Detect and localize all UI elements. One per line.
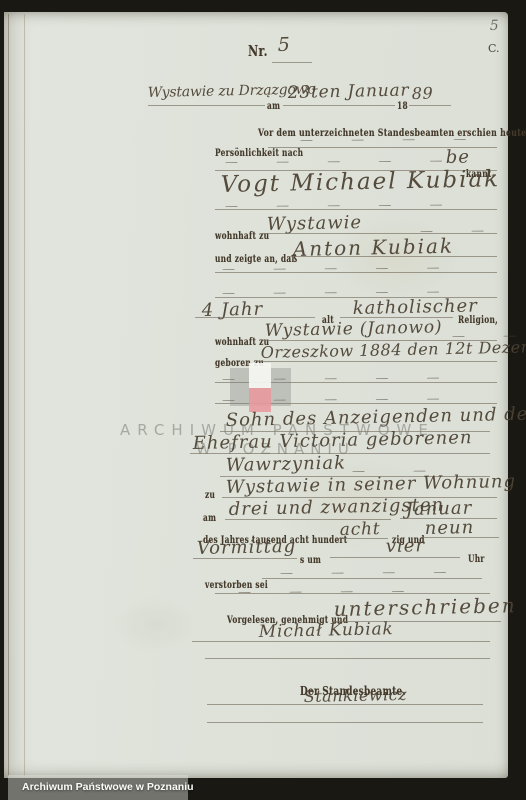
archive-credit-bar: Archiwum Państwowe w Poznaniu <box>8 775 188 800</box>
form-rule-line <box>215 272 497 273</box>
am2-label: am <box>203 513 216 524</box>
form-rule-line <box>336 538 388 539</box>
form-rule-line <box>330 557 460 558</box>
archive-credit-text: Archiwum Państwowe w Poznaniu <box>22 781 194 793</box>
year-decade: acht <box>340 519 381 540</box>
religion-label: Religion, <box>458 315 498 326</box>
form-rule-line <box>192 641 490 642</box>
closing-handwritten: unterschrieben <box>333 593 516 621</box>
declarant-residence: Wystawie <box>267 212 363 235</box>
archive-flag-white <box>249 363 271 388</box>
page-edge-line <box>24 14 25 776</box>
deceased-residence: Wystawie (Janowo) <box>265 317 443 341</box>
page-edge-line <box>8 14 9 776</box>
blank-stroke-row: — — — — <box>300 134 467 145</box>
form-rule-line <box>287 256 497 257</box>
registrar-signature: Stankiewicz <box>304 685 408 706</box>
form-rule-line <box>409 105 451 106</box>
form-rule-line <box>148 105 265 106</box>
record-number-label: Nr. <box>248 42 268 60</box>
s-um-label: s um <box>300 555 321 566</box>
blank-stroke-row: — — — — — <box>225 156 443 167</box>
death-hour: vier <box>386 535 426 557</box>
form-rule-line <box>258 361 497 362</box>
form-rule-line <box>283 105 395 106</box>
death-daytime: Vormittag <box>197 536 297 559</box>
corner-letter: C. <box>488 42 500 55</box>
zu-label: zu <box>205 490 215 501</box>
form-rule-line <box>272 62 312 63</box>
dateline-century: 18 <box>397 101 408 112</box>
form-rule-line <box>207 704 483 705</box>
dateline-am-label: am <box>267 101 280 112</box>
record-number-value: 5 <box>278 34 291 56</box>
corner-page-number: 5 <box>490 18 499 34</box>
form-rule-line <box>215 209 497 210</box>
dateline-date: 23ten Januar <box>288 80 410 103</box>
blank-stroke-row: — — — — <box>280 567 447 578</box>
bekannt-handwritten: be <box>446 146 471 168</box>
uhr-label: Uhr <box>468 554 485 565</box>
form-rule-line <box>195 317 315 318</box>
form-rule-line <box>205 658 490 659</box>
declarant-signature: Michał Kubiak <box>259 619 394 642</box>
form-rule-line <box>207 722 483 723</box>
form-rule-line <box>262 233 497 234</box>
form-rule-line <box>421 537 499 538</box>
form-rule-line <box>193 558 297 559</box>
document-scan: 5 C. Nr. 5 Wystawie zu Drzązgowo am 23te… <box>0 0 526 800</box>
relation-line3: Wawrzyniak <box>226 452 347 476</box>
form-rule-line <box>262 578 482 579</box>
dateline-year: 89 <box>412 84 434 103</box>
year-unit: neun <box>425 517 475 539</box>
